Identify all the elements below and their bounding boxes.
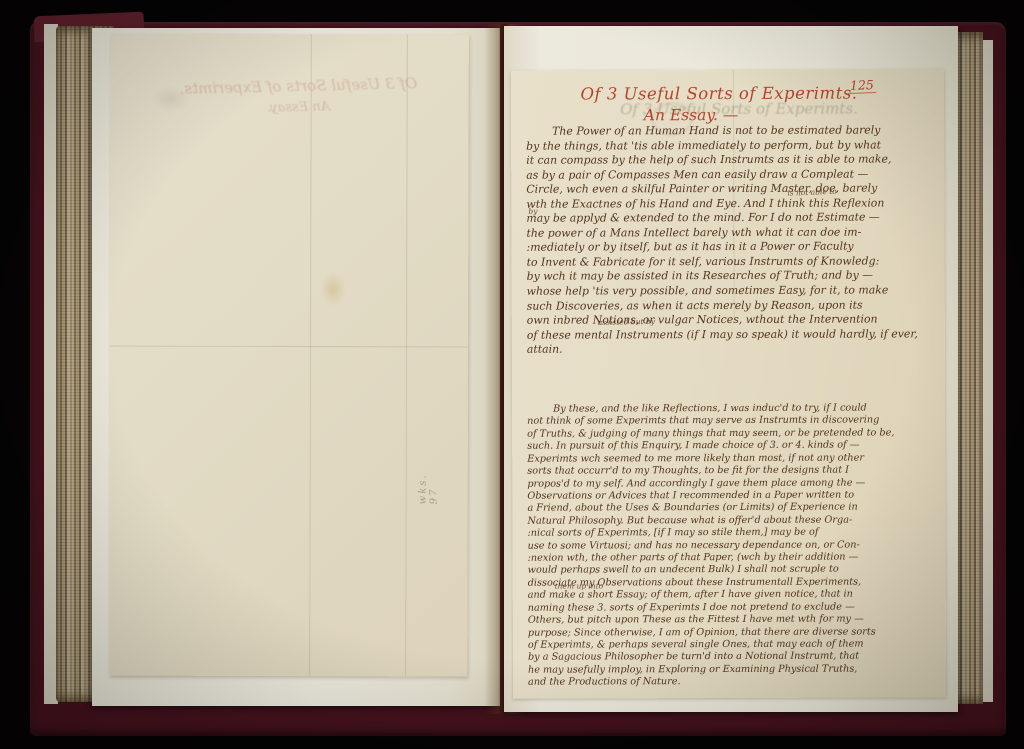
manuscript-line: by the things, that 'tis able immediatel… [526, 138, 938, 154]
interlinear-insertion: them up into [555, 581, 604, 590]
right-manuscript-leaf: 125 Of 3 Useful Sorts of Experimts. Of 3… [511, 69, 946, 699]
pencil-inscription: wks. 97 [418, 454, 440, 504]
manuscript-line: by wch it may be assisted in its Researc… [527, 269, 939, 285]
manuscript-line: :mediately or by itself, but as it has i… [526, 240, 938, 256]
manuscript-line: and the Productions of Nature. [528, 676, 940, 690]
manuscript-line: may be applyd & extended to the mind. Fo… [526, 211, 938, 227]
manuscript-line: such Discoveries, as when it acts merely… [527, 298, 939, 314]
fold-crease [110, 346, 468, 348]
yellow-stain [320, 272, 346, 306]
fold-crease [405, 34, 408, 676]
manuscript-line: it can compass by the help of such Instr… [526, 152, 938, 168]
interlinear-insertion: assisted but by [598, 317, 655, 327]
essay-title-line2: An Essay. — [491, 105, 891, 124]
manuscript-line: wth the Exactnes of his Hand and Eye. An… [526, 196, 938, 212]
manuscript-paragraph-1: The Power of an Human Hand is not to be … [526, 123, 939, 357]
manuscript-line: Circle, wch even a skilful Painter or wr… [526, 181, 938, 197]
interlinear-insertion: by [528, 207, 537, 216]
manuscript-line: whose help 'tis very possible, and somet… [527, 283, 939, 299]
manuscript-line: the power of a Mans Intellect barely wth… [526, 225, 938, 241]
interlinear-insertion: is not able to [787, 187, 837, 198]
manuscript-line: The Power of an Human Hand is not to be … [526, 123, 938, 139]
fold-crease [309, 34, 312, 676]
manuscript-line: of these mental Instruments (if I may so… [527, 327, 939, 343]
manuscript-line: of Truths, & judging of many things that… [527, 427, 939, 441]
manuscript-line: attain. [527, 341, 939, 357]
manuscript-paragraph-2: By these, and the like Reflections, I wa… [527, 402, 940, 689]
bleed-through-title: Of 3 Useful Sorts of Experimts. An Essay… [148, 72, 449, 121]
manuscript-line: own inbred Notions, or vulgar Notices, w… [527, 312, 939, 328]
manuscript-line: to Invent & Fabricate for it self, vario… [527, 254, 939, 270]
essay-title-line1: Of 3 Useful Sorts of Experimts. [519, 83, 919, 103]
right-endpaper-edge [982, 40, 993, 702]
manuscript-line: not think of some Experimts that may ser… [527, 415, 939, 429]
left-manuscript-leaf: Of 3 Useful Sorts of Experimts. An Essay… [109, 34, 469, 677]
manuscript-line: as by a pair of Compasses Men can easily… [526, 167, 938, 183]
